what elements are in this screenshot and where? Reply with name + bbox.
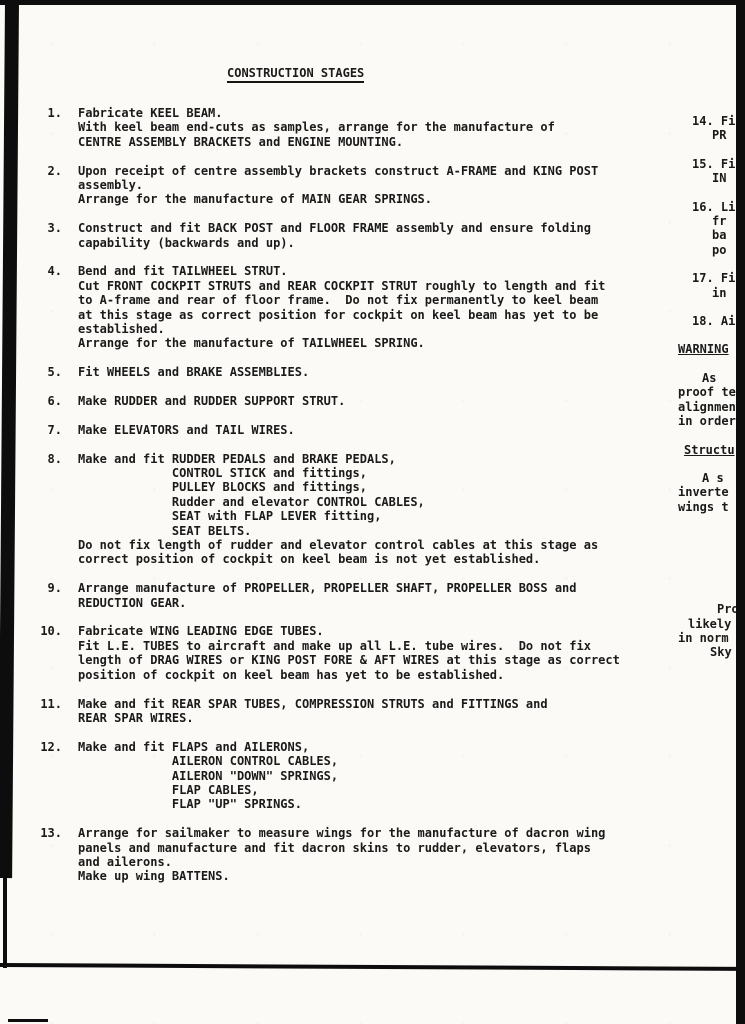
stage-16-fragment: 16. Li — [692, 200, 737, 214]
stage-number: 11. — [28, 697, 62, 726]
stage-text: Make and fit RUDDER PEDALS and BRAKE PED… — [78, 452, 598, 567]
stage-number: 1. — [28, 106, 62, 149]
stage-14-fragment: 14. Fi — [692, 114, 737, 128]
photocopy-top-edge — [0, 0, 745, 5]
stage-item-9: 9. Arrange manufacture of PROPELLER, PRO… — [28, 581, 676, 610]
stage-item-7: 7. Make ELEVATORS and TAIL WIRES. — [28, 423, 676, 437]
structural-text-fragment: inverte — [678, 485, 737, 499]
stage-item-5: 5. Fit WHEELS and BRAKE ASSEMBLIES. — [28, 365, 676, 379]
stage-15-fragment: 15. Fi — [692, 157, 737, 171]
stage-17-fragment: 17. Fi — [692, 271, 737, 285]
stage-item-12: 12. Make and fit FLAPS and AILERONS, AIL… — [28, 740, 676, 812]
stage-text: Construct and fit BACK POST and FLOOR FR… — [78, 221, 591, 250]
stage-item-6: 6. Make RUDDER and RUDDER SUPPORT STRUT. — [28, 394, 676, 408]
stage-number: 7. — [28, 423, 62, 437]
warning-text-fragment: proof te — [678, 385, 737, 399]
warning-text-fragment: As — [702, 371, 737, 385]
stage-text: Fit WHEELS and BRAKE ASSEMBLIES. — [78, 365, 309, 379]
stage-17-fragment: in — [712, 286, 737, 300]
footer-text-fragment: Pro — [717, 602, 737, 616]
warning-heading: WARNING — [678, 342, 737, 356]
stage-item-8: 8. Make and fit RUDDER PEDALS and BRAKE … — [28, 452, 676, 567]
stage-item-4: 4. Bend and fit TAILWHEEL STRUT. Cut FRO… — [28, 264, 676, 350]
stage-text: Make and fit REAR SPAR TUBES, COMPRESSIO… — [78, 697, 548, 726]
stage-18-fragment: 18. Ai — [692, 314, 737, 328]
stage-number: 8. — [28, 452, 62, 567]
page-title: CONSTRUCTION STAGES — [227, 66, 364, 83]
adjacent-page-fragment: 14. FiPR15. FiIN16. Lifrbapo17. Fiin18. … — [678, 114, 737, 660]
stage-text: Bend and fit TAILWHEEL STRUT. Cut FRONT … — [78, 264, 605, 350]
scanned-document-page: CONSTRUCTION STAGES 1. Fabricate KEEL BE… — [0, 0, 745, 1024]
stage-number: 9. — [28, 581, 62, 610]
structural-text-fragment: A s — [702, 471, 737, 485]
stage-16-fragment: po — [712, 243, 737, 257]
stage-item-10: 10. Fabricate WING LEADING EDGE TUBES. F… — [28, 624, 676, 682]
photocopy-left-edge — [0, 0, 19, 878]
stage-item-3: 3. Construct and fit BACK POST and FLOOR… — [28, 221, 676, 250]
stage-number: 4. — [28, 264, 62, 350]
stage-number: 3. — [28, 221, 62, 250]
footer-text-fragment: likely — [688, 617, 737, 631]
stage-number: 2. — [28, 164, 62, 207]
warning-text-fragment: alignmen — [678, 400, 737, 414]
warning-text-fragment: in order — [678, 414, 737, 428]
construction-stages-list: 1. Fabricate KEEL BEAM. With keel beam e… — [28, 106, 676, 898]
stage-text: Make RUDDER and RUDDER SUPPORT STRUT. — [78, 394, 345, 408]
stage-number: 13. — [28, 826, 62, 884]
photocopy-bottom-edge — [0, 963, 741, 971]
stage-number: 6. — [28, 394, 62, 408]
footer-text-fragment: Sky — [710, 645, 737, 659]
stage-text: Fabricate KEEL BEAM. With keel beam end-… — [78, 106, 555, 149]
stage-text: Make and fit FLAPS and AILERONS, AILERON… — [78, 740, 338, 812]
stage-text: Arrange for sailmaker to measure wings f… — [78, 826, 605, 884]
structural-heading: Structu — [684, 443, 737, 457]
photocopy-bottom-stub — [8, 1019, 48, 1022]
photocopy-right-edge — [736, 4, 745, 1024]
stage-number: 5. — [28, 365, 62, 379]
stage-number: 10. — [28, 624, 62, 682]
stage-item-2: 2. Upon receipt of centre assembly brack… — [28, 164, 676, 207]
stage-16-fragment: fr — [712, 214, 737, 228]
stage-item-1: 1. Fabricate KEEL BEAM. With keel beam e… — [28, 106, 676, 149]
photocopy-left-edge-thin — [3, 855, 7, 968]
stage-text: Make ELEVATORS and TAIL WIRES. — [78, 423, 295, 437]
structural-text-fragment: wings t — [678, 500, 737, 514]
stage-text: Arrange manufacture of PROPELLER, PROPEL… — [78, 581, 577, 610]
stage-text: Upon receipt of centre assembly brackets… — [78, 164, 598, 207]
stage-item-13: 13. Arrange for sailmaker to measure win… — [28, 826, 676, 884]
stage-16-fragment: ba — [712, 228, 737, 242]
stage-text: Fabricate WING LEADING EDGE TUBES. Fit L… — [78, 624, 620, 682]
stage-14-fragment: PR — [712, 128, 737, 142]
footer-text-fragment: in norm — [678, 631, 737, 645]
stage-item-11: 11. Make and fit REAR SPAR TUBES, COMPRE… — [28, 697, 676, 726]
stage-number: 12. — [28, 740, 62, 812]
stage-15-fragment: IN — [712, 171, 737, 185]
